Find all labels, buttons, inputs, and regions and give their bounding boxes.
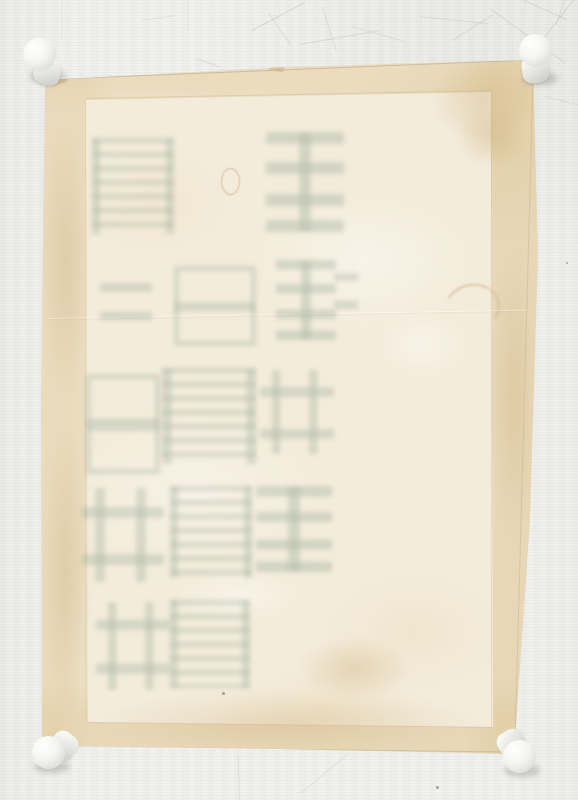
pushpin-bottom-right <box>494 728 538 780</box>
bleedthrough-character-mark <box>162 368 256 464</box>
bleedthrough-character-mark <box>260 370 334 454</box>
band-stain <box>38 94 92 424</box>
bleedthrough-character-mark <box>92 138 174 234</box>
bleedthrough-character-mark <box>256 486 332 572</box>
bleedthrough-character-mark <box>170 486 252 578</box>
paper-sheet <box>36 46 542 762</box>
bleedthrough-character-mark <box>86 374 160 474</box>
wall-speck <box>566 262 568 264</box>
bleedthrough-character-mark <box>100 272 152 334</box>
blob-stain <box>456 106 526 166</box>
pushpin-head-icon <box>503 740 536 773</box>
speck-stain <box>222 692 225 695</box>
blob-stain <box>298 638 410 700</box>
bleedthrough-character-mark <box>276 260 336 340</box>
bleedthrough-character-mark <box>170 600 250 688</box>
pushpin-head-icon <box>519 34 552 67</box>
bleedthrough-character-mark <box>334 262 358 322</box>
bleedthrough-character-mark <box>266 132 344 232</box>
bleedthrough-character-mark <box>174 266 256 346</box>
pushpin-bottom-left <box>30 726 74 778</box>
bleedthrough-character-mark <box>82 488 164 582</box>
pushpin-top-right <box>514 32 558 84</box>
pushpin-head-icon <box>32 736 65 769</box>
wall-speck <box>436 786 439 789</box>
photo-stage <box>0 0 578 800</box>
pushpin-top-left <box>20 34 64 86</box>
pencil-scratch-mark <box>188 1 189 31</box>
pushpin-head-icon <box>23 38 56 71</box>
bleedthrough-character-mark <box>96 602 170 690</box>
ring-stain <box>221 168 240 195</box>
